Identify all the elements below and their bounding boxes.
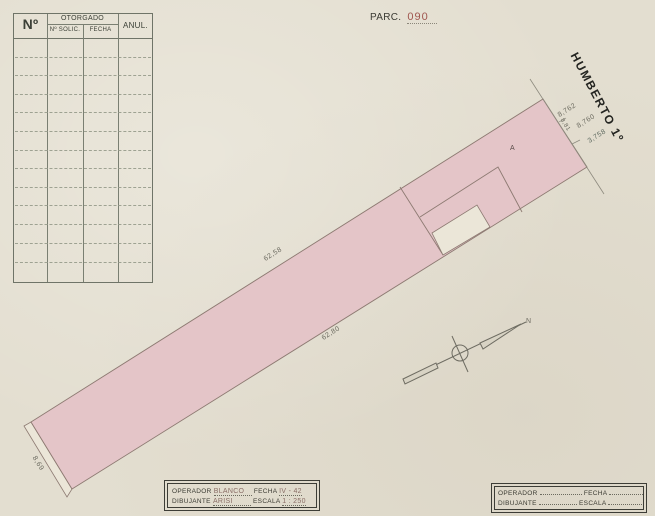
title-block-filled: OPERADOR BLANCO FECHA IV - 42 DIBUJANTE … xyxy=(164,480,320,511)
scale-blank xyxy=(608,504,642,505)
date-label: FECHA xyxy=(584,490,607,497)
scale-value: 1 : 250 xyxy=(282,498,306,506)
lot-label: A xyxy=(510,145,515,152)
operator-line: OPERADOR BLANCO FECHA IV - 42 xyxy=(172,488,302,496)
scale-label: ESCALA xyxy=(579,500,606,507)
parcel-shape xyxy=(31,99,587,489)
draftsman-label: DIBUJANTE xyxy=(172,498,211,505)
north-label: N xyxy=(526,318,531,325)
scale-label: ESCALA xyxy=(253,498,280,505)
draftsman-line: DIBUJANTE ESCALA xyxy=(498,500,642,507)
operator-line: OPERADOR FECHA xyxy=(498,490,643,497)
tick-mark xyxy=(572,140,580,144)
north-arrow-icon xyxy=(403,322,526,384)
draftsman-label: DIBUJANTE xyxy=(498,500,537,507)
draftsman-line: DIBUJANTE ARISI ESCALA 1 : 250 xyxy=(172,498,306,506)
parcel-plan: N xyxy=(0,0,655,516)
title-block-empty: OPERADOR FECHA DIBUJANTE ESCALA xyxy=(491,483,647,513)
draftsman-value: ARISI xyxy=(213,498,251,506)
operator-label: OPERADOR xyxy=(498,490,538,497)
operator-label: OPERADOR xyxy=(172,488,212,495)
operator-blank xyxy=(540,494,582,495)
date-label: FECHA xyxy=(254,488,277,495)
date-value: IV - 42 xyxy=(279,488,302,496)
draftsman-blank xyxy=(539,504,577,505)
date-blank xyxy=(609,494,643,495)
operator-value: BLANCO xyxy=(214,488,252,496)
